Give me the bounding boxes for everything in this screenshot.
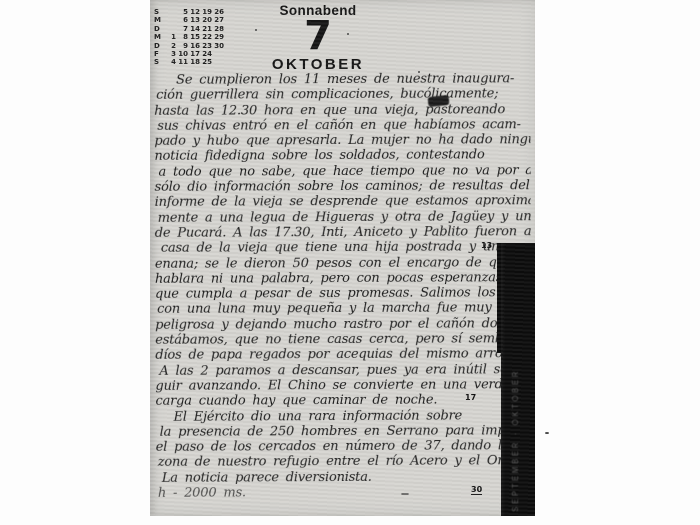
minical-day-label: M [154, 33, 164, 41]
minical-day-label: D [154, 42, 164, 50]
handwriting-line: hasta las 12.30 hora en que una vieja, p… [154, 102, 530, 119]
minical-date: 3 [164, 50, 176, 58]
photo-speck [418, 71, 420, 73]
handwriting-line: estábamos, que no tiene casas cerca, per… [155, 331, 531, 348]
handwriting-line: noticia fidedigna sobre los soldados, co… [154, 148, 530, 165]
handwriting-line: informe de la vieja se desprende que est… [155, 194, 531, 211]
day-number: 7 [218, 16, 418, 56]
handwriting-line: mente a una legua de Higueras y otra de … [158, 209, 531, 226]
handwriting-line: enana; se le dieron 50 pesos con el enca… [155, 255, 531, 272]
minical-date: 16 [188, 42, 200, 50]
minical-date: 14 [188, 25, 200, 33]
minical-date: 12 [188, 8, 200, 16]
minical-date: 2 [164, 42, 176, 50]
printed-page-number: 30 [471, 485, 482, 495]
month-label: OKTOBER [218, 56, 418, 73]
handwriting-line: Se cumplieron los 11 meses de nuestra in… [176, 71, 530, 88]
handwriting-line: la presencia de 250 hombres en Serrano p… [160, 423, 532, 440]
minical-date: 8 [176, 33, 188, 41]
minical-date [164, 8, 176, 16]
minical-date: 18 [188, 58, 200, 66]
minical-date [164, 25, 176, 33]
handwriting-line: sus chivas entró en el cañón en que habí… [157, 117, 530, 134]
minical-date: 10 [176, 50, 188, 58]
diary-photo: S 5 12 19 26 M 6 13 20 27 D 7 14 21 28 M… [0, 0, 700, 525]
mini-month-calendar: S 5 12 19 26 M 6 13 20 27 D 7 14 21 28 M… [154, 8, 224, 67]
handwriting-line: de Pucará. A las 17.30, Inti, Aniceto y … [155, 224, 531, 241]
handwriting-line: el paso de los cercados en número de 37,… [156, 438, 532, 455]
month-thumb-index-tab: SEPTEMBER · OKTOBER [501, 243, 535, 516]
minical-date: 13 [188, 16, 200, 24]
minical-date: 22 [200, 33, 212, 41]
printed-line-number: 13 [481, 241, 492, 250]
handwriting-line: sólo dio información sobre los caminos; … [155, 178, 531, 195]
handwriting-line: ción guerrillera sin complicaciones, buc… [156, 86, 530, 103]
minical-date: 17 [188, 50, 200, 58]
handwriting-line: guir avanzando. El Chino se convierte en… [155, 377, 531, 394]
minical-date: 23 [200, 42, 212, 50]
handwriting-line: zona de nuestro refugio entre el río Ace… [158, 454, 532, 471]
minical-date: 19 [200, 8, 212, 16]
handwriting-line: peligrosa y dejando mucho rastro por el … [155, 316, 531, 333]
minical-date: 15 [188, 33, 200, 41]
handwriting-line: casa de la vieja que tiene una hija post… [161, 239, 531, 256]
minical-day-label: D [154, 25, 164, 33]
minical-date [164, 16, 176, 24]
handwriting-line: El Ejército dio una rara información sob… [174, 408, 532, 425]
photo-speck [347, 33, 349, 35]
minical-date: 25 [200, 58, 212, 66]
date-header: Sonnabend 7 OKTOBER [218, 0, 418, 73]
printed-line-number: 17 [465, 393, 476, 402]
handwriting-line: con una luna muy pequeña y la marcha fue… [157, 301, 531, 318]
minical-date: 24 [200, 50, 212, 58]
minical-day-label: M [154, 16, 164, 24]
photo-speck [255, 29, 257, 31]
minical-date: 6 [176, 16, 188, 24]
minical-day-label: S [154, 58, 164, 66]
handwriting-line: La noticia parece diversionista. [162, 469, 532, 486]
minical-date: 11 [176, 58, 188, 66]
printed-dash: — [401, 489, 408, 498]
calendar-page: S 5 12 19 26 M 6 13 20 27 D 7 14 21 28 M… [150, 0, 535, 516]
minical-date: 5 [176, 8, 188, 16]
handwriting-line: que cumpla a pesar de sus promesas. Sali… [155, 285, 531, 302]
minical-date: 21 [200, 25, 212, 33]
handwriting-line: a todo que no sabe, que hace tiempo que … [158, 163, 530, 180]
minical-date: 7 [176, 25, 188, 33]
photo-speck [545, 432, 549, 434]
minical-day-label: S [154, 8, 164, 16]
handwriting-line: A las 2 paramos a descansar, pues ya era… [159, 362, 531, 379]
thumb-index-label: SEPTEMBER · OKTOBER [511, 369, 520, 512]
handwriting-line: hablara ni una palabra, pero con pocas e… [155, 270, 531, 287]
minical-date: 20 [200, 16, 212, 24]
handwriting-line: díos de papa regados por acequias del mi… [155, 347, 531, 364]
minical-day-label: F [154, 50, 164, 58]
handwritten-entry: Se cumplieron los 11 meses de nuestra in… [154, 71, 532, 501]
minical-date: 1 [164, 33, 176, 41]
handwriting-line: pado y hubo que apresarla. La mujer no h… [154, 132, 530, 149]
minical-date: 4 [164, 58, 176, 66]
minical-date: 9 [176, 42, 188, 50]
